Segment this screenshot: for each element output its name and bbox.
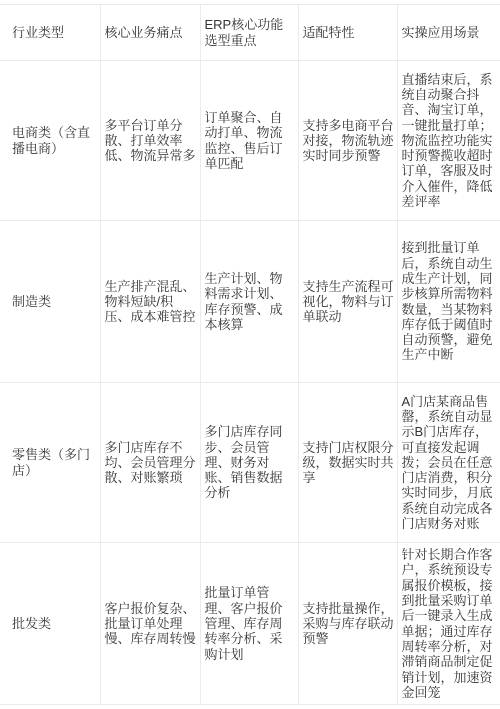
cell-pain-points: 多平台订单分散、打单效率低、物流异常多	[100, 61, 200, 221]
cell-scenario: 针对长期合作客户，系统预设专属报价模板，接到批量采购订单后一键录入生成单据；通过…	[397, 543, 500, 705]
cell-adapt-features: 支持生产流程可视化，物料与订单联动	[298, 221, 397, 383]
cell-pain-points: 客户报价复杂、批量订单处理慢、库存周转慢	[100, 543, 200, 705]
cell-scenario: 直播结束后，系统自动聚合抖音、淘宝订单，一键批量打单；物流监控功能实时预警揽收超…	[397, 61, 500, 221]
header-industry-type: 行业类型	[0, 5, 100, 61]
header-application-scenario: 实操应用场景	[397, 5, 500, 61]
cell-industry: 批发类	[0, 543, 100, 705]
cell-adapt-features: 支持批量操作，采购与库存联动预警	[298, 543, 397, 705]
erp-industry-comparison-table: 行业类型 核心业务痛点 ERP核心功能选型重点 适配特性 实操应用场景 电商类（…	[0, 4, 500, 705]
table-row-manufacturing: 制造类 生产排产混乱、物料短缺/积压、成本难管控 生产计划、物料需求计划、库存预…	[0, 221, 500, 383]
cell-industry: 电商类（含直播电商）	[0, 61, 100, 221]
cell-adapt-features: 支持多电商平台对接，物流轨迹实时同步预警	[298, 61, 397, 221]
header-adapt-features: 适配特性	[298, 5, 397, 61]
header-erp-function-focus: ERP核心功能选型重点	[200, 5, 298, 61]
cell-pain-points: 多门店库存不均、会员管理分散、对账繁琐	[100, 383, 200, 543]
cell-erp-focus: 多门店库存同步、会员管理、财务对账、销售数据分析	[200, 383, 298, 543]
header-core-pain-points: 核心业务痛点	[100, 5, 200, 61]
cell-scenario: 接到批量订单后，系统自动生成生产计划，同步核算所需物料数量，当某物料库存低于阈值…	[397, 221, 500, 383]
cell-erp-focus: 订单聚合、自动打单、物流监控、售后订单匹配	[200, 61, 298, 221]
table-row-retail: 零售类（多门店） 多门店库存不均、会员管理分散、对账繁琐 多门店库存同步、会员管…	[0, 383, 500, 543]
cell-erp-focus: 生产计划、物料需求计划、库存预警、成本核算	[200, 221, 298, 383]
cell-scenario: A门店某商品售罄，系统自动显示B门店库存，可直接发起调拨；会员在任意门店消费，积…	[397, 383, 500, 543]
cell-adapt-features: 支持门店权限分级，数据实时共享	[298, 383, 397, 543]
table-row-wholesale: 批发类 客户报价复杂、批量订单处理慢、库存周转慢 批量订单管理、客户报价管理、库…	[0, 543, 500, 705]
cell-industry: 制造类	[0, 221, 100, 383]
table-header-row: 行业类型 核心业务痛点 ERP核心功能选型重点 适配特性 实操应用场景	[0, 5, 500, 61]
table-row-ecommerce: 电商类（含直播电商） 多平台订单分散、打单效率低、物流异常多 订单聚合、自动打单…	[0, 61, 500, 221]
cell-erp-focus: 批量订单管理、客户报价管理、库存周转率分析、采购计划	[200, 543, 298, 705]
cell-pain-points: 生产排产混乱、物料短缺/积压、成本难管控	[100, 221, 200, 383]
cell-industry: 零售类（多门店）	[0, 383, 100, 543]
